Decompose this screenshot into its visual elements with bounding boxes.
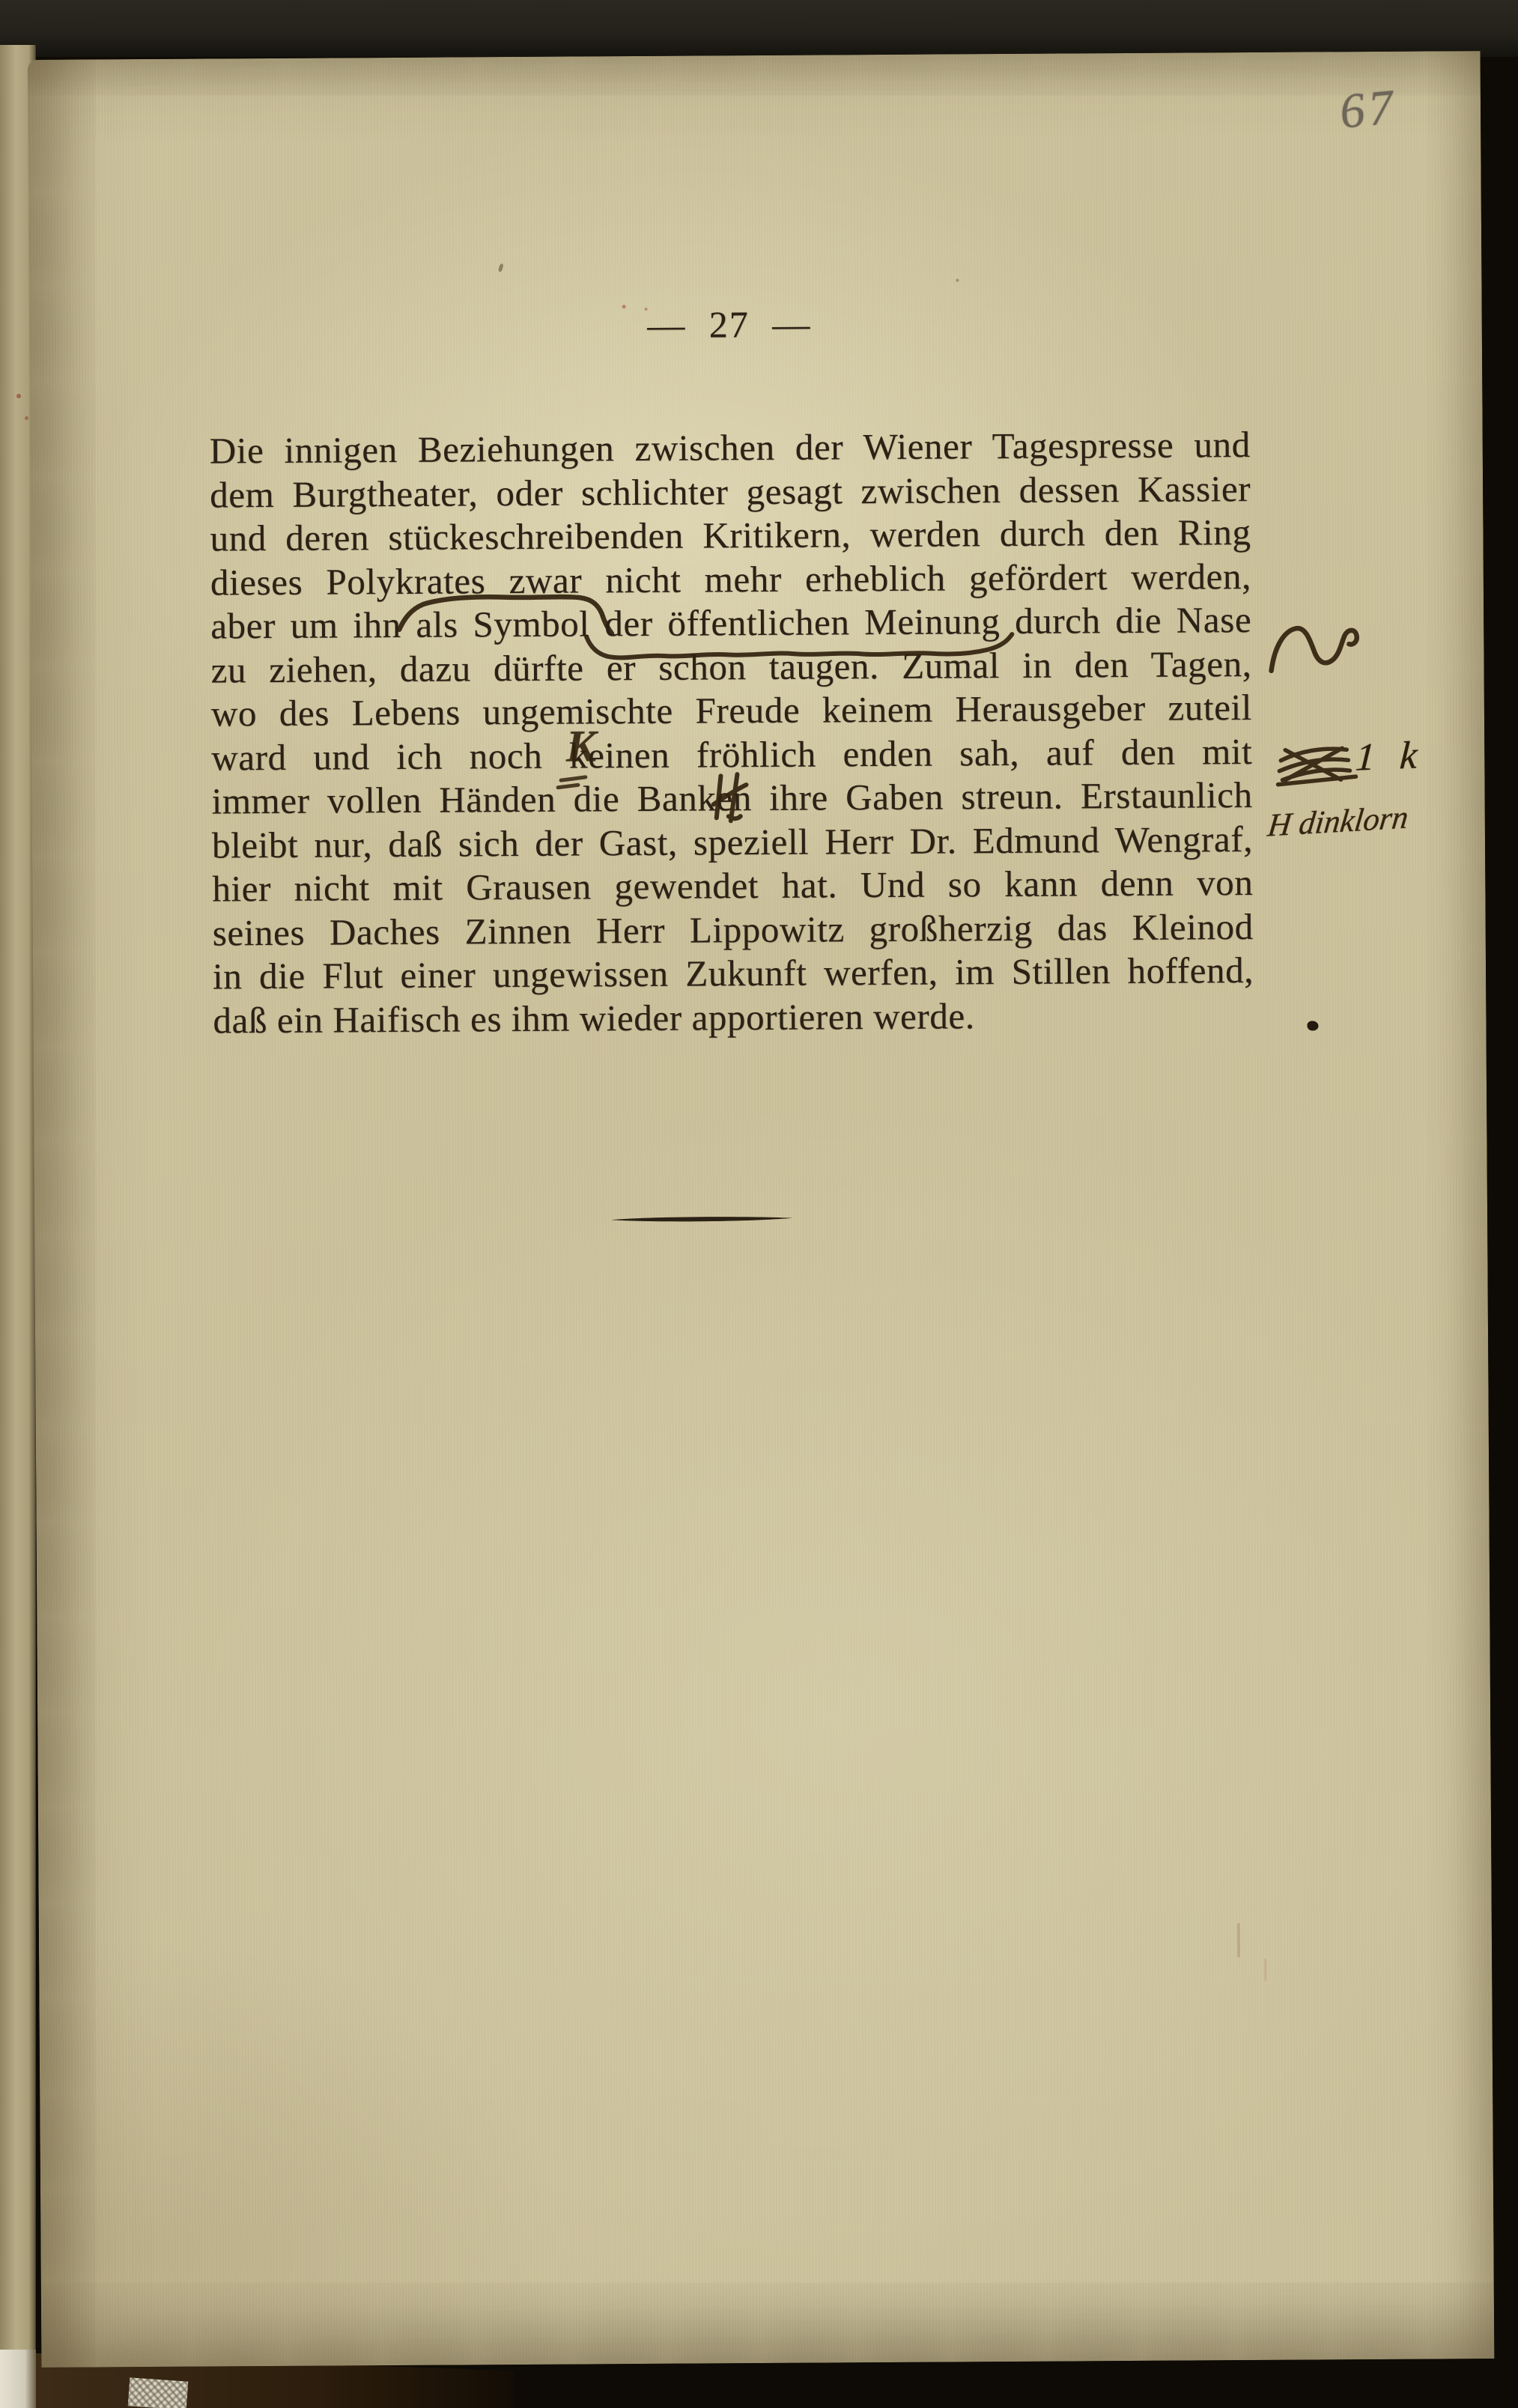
- text-line: und deren stückeschreibenden Kritikern, …: [210, 511, 1251, 561]
- text-line: dem Burgtheater, oder schlichter gesagt …: [210, 466, 1251, 517]
- text-segment: ward und ich noch: [211, 735, 569, 778]
- correction-K-handwriting: K: [566, 724, 597, 768]
- red-speck: [16, 394, 21, 398]
- text-segment: in die Flut einer ungewissen Zukunft wer…: [213, 949, 1254, 997]
- margin-note-handwriting: 1 k: [1354, 733, 1426, 780]
- text-line: hier nicht mit Grausen gewendet hat. Und…: [212, 861, 1253, 911]
- text-line: in die Flut einer ungewissen Zukunft wer…: [213, 949, 1254, 999]
- text-segment: hier nicht mit Grausen gewendet hat. Und…: [212, 862, 1253, 909]
- ink-blot: [1307, 1021, 1318, 1030]
- text-segment: dem Burgtheater, oder schlichter gesagt …: [210, 467, 1251, 514]
- book-page: 67 — 27 — Die innigen Beziehungen zwisch…: [28, 51, 1495, 2368]
- text-line: bleibt nur, daß sich der Gast, speziell …: [212, 817, 1253, 867]
- word-keinen: keinenK: [569, 734, 670, 776]
- text-line: seines Daches Zinnen Herr Lippowitz groß…: [213, 904, 1254, 955]
- folio-number-handwritten: 67: [1338, 70, 1492, 140]
- red-speck: [622, 305, 626, 308]
- phrase-als-symbol: als Symbol: [416, 603, 589, 645]
- page-number-header: — 27 —: [209, 300, 1250, 349]
- binding-gauze: [128, 2377, 188, 2408]
- text-line: daß ein Haifisch es ihm wieder apportier…: [213, 992, 1254, 1042]
- section-divider-rule: [609, 1214, 796, 1225]
- binding-cloth-top: [0, 0, 1518, 57]
- text-line: wo des Lebens ungemischte Freude keinem …: [211, 686, 1252, 736]
- text-segment: als Symbol: [416, 603, 589, 645]
- margin-scribble-strikeout: [1276, 741, 1360, 789]
- paper-fleck: [498, 264, 504, 273]
- text-segment: bleibt nur, daß sich der Gast, speziell …: [212, 818, 1253, 865]
- text-segment: wo des Lebens ungemischte Freude keinem …: [211, 687, 1252, 734]
- previous-page-white-edge: [0, 2350, 36, 2408]
- body-paragraph: Die innigen Beziehungen zwischen der Wie…: [210, 423, 1254, 1042]
- text-segment: fröhlich enden sah, auf den mit: [670, 730, 1252, 775]
- paper-fleck: [956, 279, 959, 282]
- text-segment: en: [716, 777, 752, 818]
- text-segment: immer vollen Händen die Bank: [211, 777, 716, 821]
- text-line-annotated: immer vollen Händen die Banken ihre Gabe…: [211, 773, 1252, 824]
- struck-letters-en: en: [716, 777, 752, 818]
- text-segment: seines Daches Zinnen Herr Lippowitz groß…: [213, 905, 1254, 952]
- book-scan: { "scan": { "folio_number": "67", "heade…: [0, 0, 1518, 2408]
- red-speck: [645, 308, 648, 311]
- phrase-oeffentliche-meinung: der öffentlichen Meinung: [589, 601, 1000, 644]
- margin-squiggle-mark: [1266, 613, 1379, 677]
- text-segment: und deren stückeschreibenden Kritikern, …: [210, 511, 1251, 559]
- text-line-annotated: aber um ihn als Symbol der öffentlichen …: [210, 598, 1251, 648]
- margin-signature-handwriting: H dinklorn: [1266, 793, 1517, 845]
- text-line: dieses Polykrates zwar nicht mehr erhebl…: [210, 554, 1251, 604]
- text-line-annotated: ward und ich noch keinenK fröhlich enden…: [211, 729, 1252, 779]
- text-segment: Die innigen Beziehungen zwischen der Wie…: [210, 424, 1251, 471]
- text-line: zu ziehen, dazu dürfte er schon taugen. …: [210, 642, 1251, 692]
- text-segment: dieses Polykrates zwar nicht mehr erhebl…: [210, 555, 1251, 602]
- text-segment: aber um ihn: [210, 604, 416, 647]
- text-segment: der öffentlichen Meinung: [589, 601, 1000, 644]
- red-streak: [1264, 1959, 1266, 1981]
- text-segment: ihre Gaben streun. Erstaunlich: [752, 774, 1253, 818]
- red-speck: [25, 416, 28, 420]
- text-segment: zu ziehen, dazu dürfte er schon taugen. …: [210, 642, 1251, 690]
- text-segment: daß ein Haifisch es ihm wieder apportier…: [213, 995, 975, 1041]
- text-line: Die innigen Beziehungen zwischen der Wie…: [210, 423, 1251, 473]
- red-streak: [1237, 1923, 1240, 1957]
- text-segment: durch die Nase: [1000, 599, 1251, 642]
